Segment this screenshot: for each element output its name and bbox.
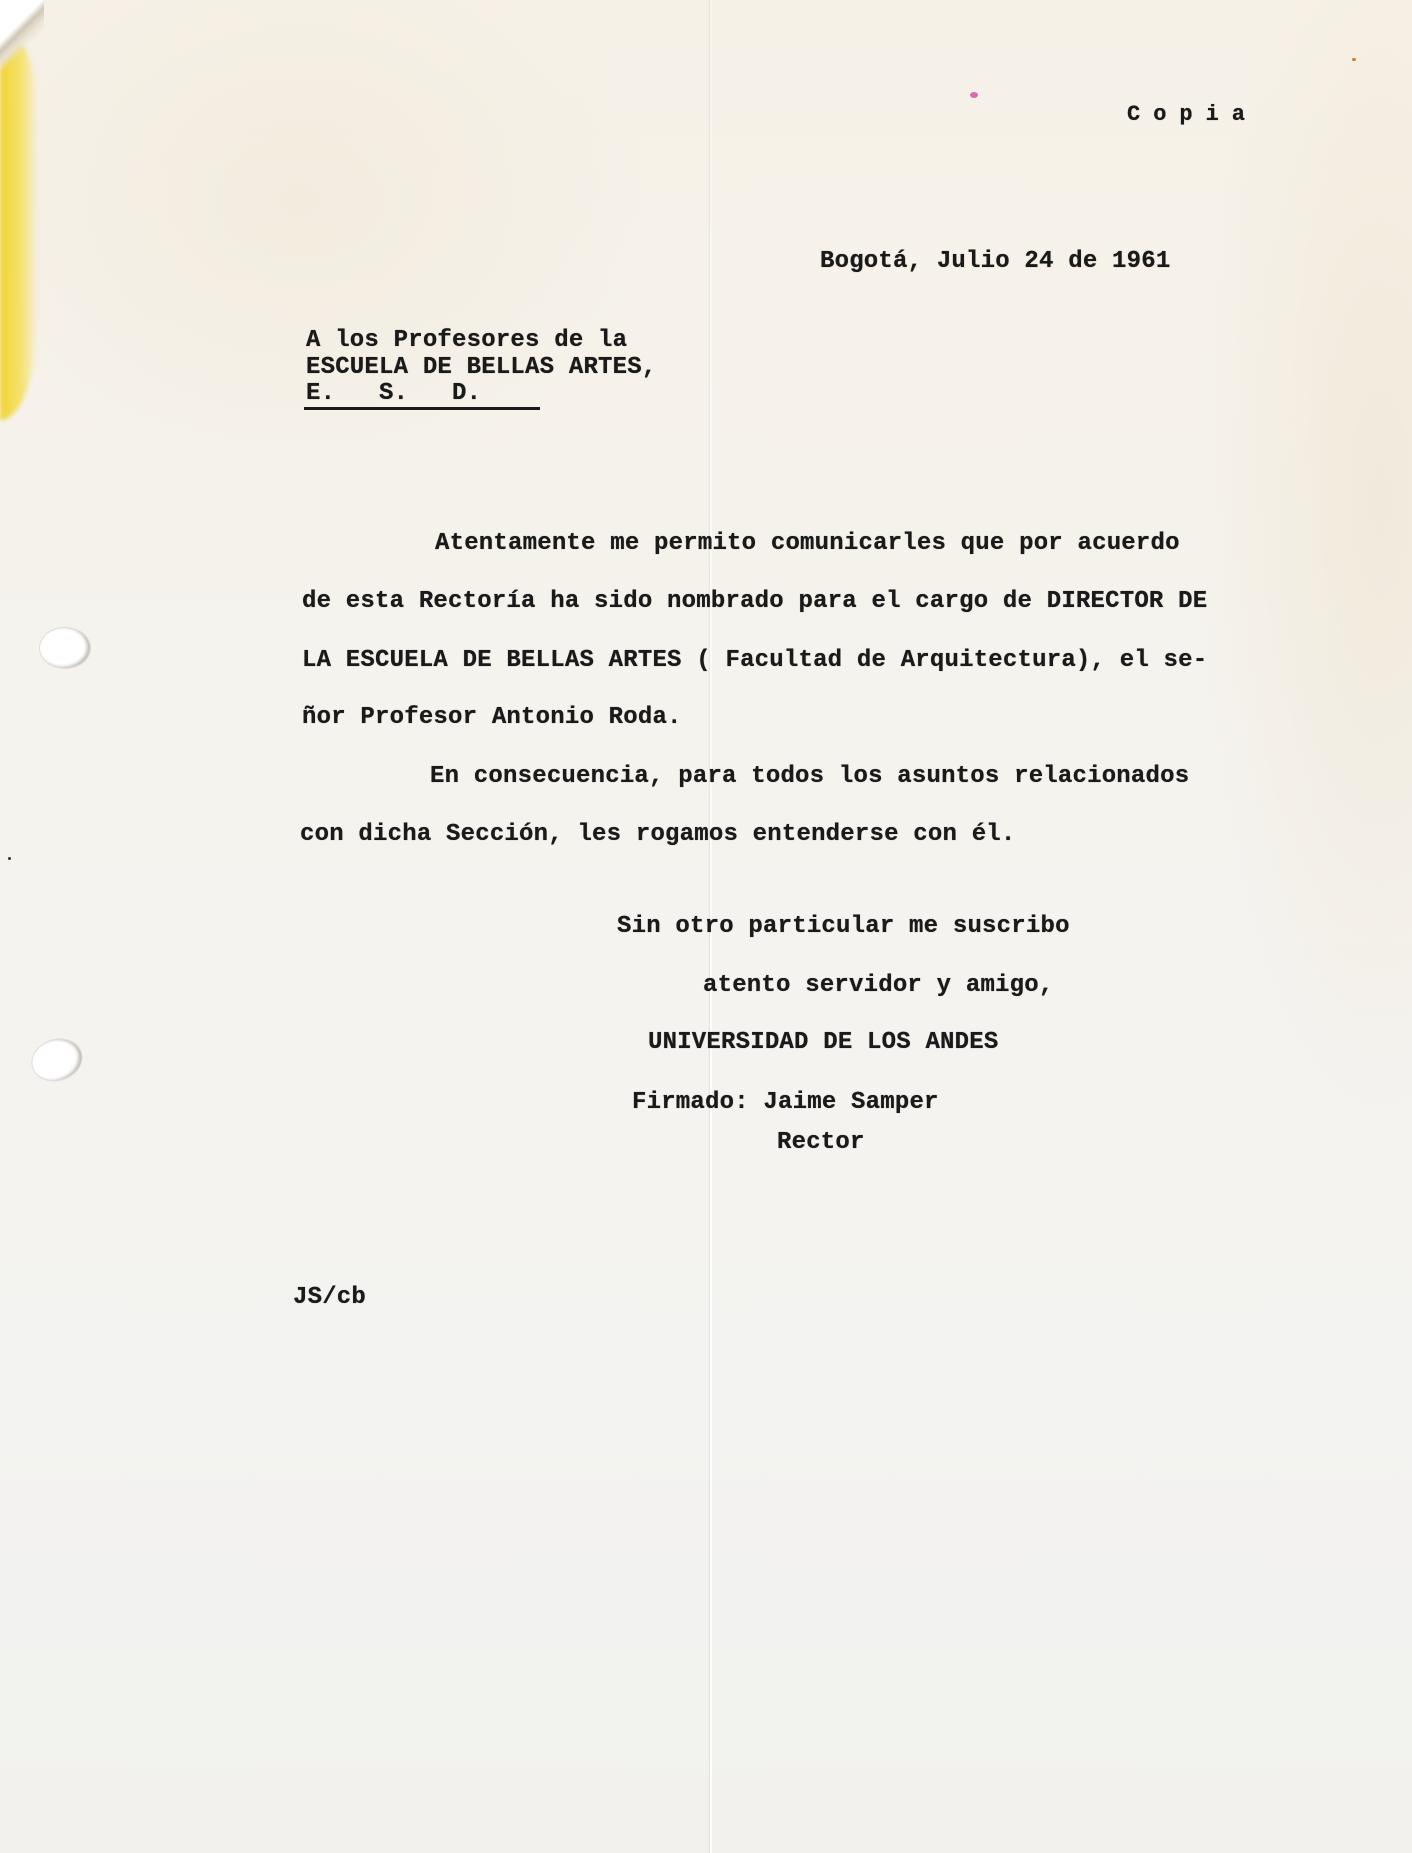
- date-line: Bogotá, Julio 24 de 1961: [820, 250, 1170, 274]
- reference-initials: JS/cb: [293, 1286, 366, 1310]
- letter-page: Copia Bogotá, Julio 24 de 1961 A los Pro…: [0, 0, 1412, 1853]
- body-p1-line-1: Atentamente me permito comunicarles que …: [435, 532, 1180, 556]
- torn-corner: [0, 0, 44, 70]
- signature-line: Firmado: Jaime Samper: [632, 1091, 939, 1115]
- closing-line-1: Sin otro particular me suscribo: [617, 915, 1070, 939]
- body-p1-line-2: de esta Rectoría ha sido nombrado para e…: [302, 590, 1207, 614]
- body-p1-line-4: ñor Profesor Antonio Roda.: [302, 706, 682, 730]
- pink-ink-dot: [970, 92, 978, 98]
- body-p2-line-2: con dicha Sección, les rogamos entenders…: [300, 823, 1016, 847]
- punch-hole-top: [40, 628, 90, 668]
- body-p2-line-1: En consecuencia, para todos los asuntos …: [430, 765, 1189, 789]
- institution-name: UNIVERSIDAD DE LOS ANDES: [648, 1031, 998, 1055]
- recipient-line-2: ESCUELA DE BELLAS ARTES,: [306, 356, 656, 380]
- body-p1-line-3: LA ESCUELA DE BELLAS ARTES ( Facultad de…: [302, 649, 1207, 673]
- punch-hole-bottom: [27, 1033, 87, 1086]
- recipient-line-3: E. S. D.: [306, 382, 481, 406]
- yellow-stain: [0, 40, 38, 420]
- recipient-underline: [304, 407, 540, 410]
- rust-speck: [1352, 58, 1356, 61]
- speck: [8, 857, 11, 860]
- copy-label: Copia: [1127, 104, 1258, 126]
- recipient-line-1: A los Profesores de la: [306, 329, 627, 353]
- closing-line-2: atento servidor y amigo,: [703, 974, 1053, 998]
- signer-title: Rector: [777, 1131, 865, 1155]
